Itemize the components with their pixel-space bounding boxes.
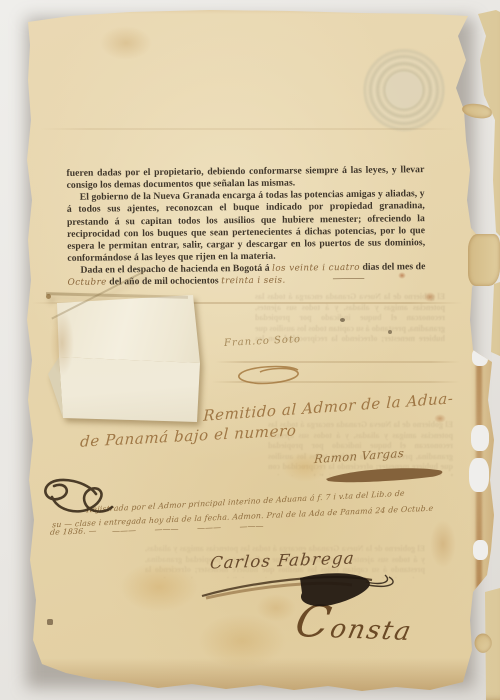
- printed-text-block: fueren dadas por el propietario, debiend…: [66, 164, 425, 289]
- main-signature: Carlos Fabrega: [209, 548, 356, 572]
- embossed-seal: [363, 48, 445, 132]
- remit-annotation-line1: Remitido al Admor de la Adua-: [203, 389, 454, 425]
- attestation-word: Consta: [290, 596, 418, 653]
- stain: [256, 594, 296, 622]
- tear-hole: [471, 425, 489, 451]
- printed-paragraph: fueren dadas por el propietario, debiend…: [66, 164, 424, 192]
- ink-speck: [340, 318, 345, 322]
- signature-underline-flourish: [326, 468, 442, 482]
- handwritten-year: treinta i seis.: [221, 276, 286, 287]
- stain: [100, 26, 152, 60]
- dark-ink-flourish-line: [202, 577, 372, 596]
- clerk-rubric-flourish: [239, 367, 298, 384]
- remit-signature: Ramon Vargas: [314, 446, 405, 466]
- dark-ink-flourish-hook: [366, 575, 393, 586]
- clerk-signature: Fran.co Soto: [224, 334, 301, 349]
- printed-date-mid1: dias del mes de: [360, 261, 426, 273]
- stain: [120, 562, 198, 612]
- flap-fold-shadow: [46, 292, 188, 299]
- document-sheet: El gobierno de la Nueva Granada encarga …: [0, 0, 500, 700]
- handwritten-day: los veinte i cuatro: [272, 263, 360, 274]
- ink-speck: [388, 330, 392, 334]
- tear-hole: [473, 540, 488, 560]
- folded-paper-flap: [46, 294, 204, 428]
- dark-ink-flourish-swash: [206, 583, 352, 598]
- tear-hole: [472, 348, 488, 366]
- printed-paragraph: El gobierno de la Nueva Granada encarga …: [67, 188, 426, 265]
- crease-line: [215, 361, 460, 363]
- stain: [430, 520, 456, 568]
- tear-hole: [469, 458, 489, 492]
- printed-paragraph-dated: Dada en el despacho de hacienda en Bogot…: [67, 261, 425, 289]
- ink-speck: [47, 619, 53, 625]
- flap-pinhole: [46, 294, 51, 299]
- printed-date-lead: Dada en el despacho de hacienda en Bogot…: [80, 263, 272, 276]
- registration-line3: de 1836. —: [50, 526, 97, 537]
- document-photo: El gobierno de la Nueva Granada encarga …: [0, 0, 500, 700]
- rust-spot: [424, 292, 436, 302]
- rust-spot: [434, 414, 446, 423]
- torn-paper-bridge: [468, 234, 500, 286]
- crease-line: [212, 381, 460, 383]
- handwritten-dash: —: [292, 273, 365, 286]
- handwritten-month: Octubre: [68, 278, 107, 288]
- stain: [198, 614, 286, 668]
